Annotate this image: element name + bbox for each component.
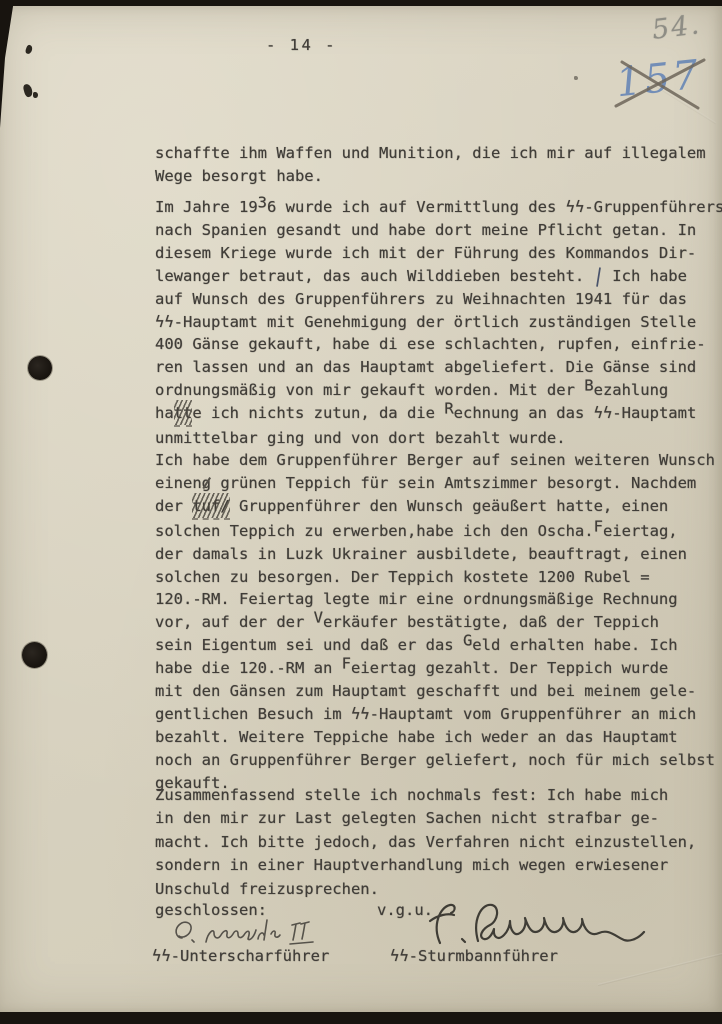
text-line: mit den Gänsen zum Hauptamt geschafft un… (155, 680, 722, 703)
para-weapons: schaffte ihm Waffen und Munition, die ic… (155, 142, 722, 188)
text-line: unmittelbar ging und von dort bezahlt wu… (155, 427, 722, 450)
text-line: lewanger betraut, das auch Wilddieben be… (155, 265, 722, 288)
rank-right: ϟϟ-Sturmbannführer (390, 947, 558, 965)
para-summary: Zusammenfassend stelle ich nochmals fest… (155, 784, 722, 901)
handwritten-crossed-number: 157 (614, 52, 704, 107)
text-line: eineng grünen Teppich für sein Amtszimme… (155, 472, 722, 495)
text-line: 400 Gänse gekauft, habe di ese schlachte… (155, 333, 722, 356)
mark-sup: B (584, 375, 593, 398)
para-carpet: Ich habe dem Gruppenführer Berger auf se… (155, 449, 722, 795)
text-line: hatte ich nichts zutun, da die Rechnung … (155, 402, 722, 427)
text-line: habe die 120.-RM an Feiertag gezahlt. De… (155, 657, 722, 680)
text-line: Zusammenfassend stelle ich nochmals fest… (155, 784, 722, 807)
document-scan: - 14 - 54. 157 schaffte ihm Waffen und M… (0, 0, 722, 1024)
text-line: ordnungsmäßig von mir gekauft worden. Mi… (155, 379, 722, 402)
text-line: der tuf/ Gruppenführer den Wunsch geäuße… (155, 495, 722, 520)
text-line: diesem Kriege wurde ich mit der Führung … (155, 242, 722, 265)
text-line: ren lassen und an das Hauptamt abgeliefe… (155, 356, 722, 379)
punch-hole-bottom (22, 642, 47, 668)
text-line: Unschuld freizusprechen. (155, 878, 722, 901)
closing-row: geschlossen: v.g.u. (0, 901, 722, 924)
text-line: nach Spanien gesandt und habe dort meine… (155, 219, 722, 242)
mark-sup: R (444, 398, 453, 421)
mark-pen: ∣ (591, 261, 605, 291)
vgu-abbreviation: v.g.u. (377, 901, 433, 919)
text-line: noch an Gruppenführer Berger geliefert, … (155, 749, 722, 772)
mark-sup: 3 (258, 192, 267, 215)
para-spain-geese: Im Jahre 1936 wurde ich auf Vermittlung … (155, 196, 722, 450)
ink-speck (574, 76, 578, 80)
text-line: vor, auf der der Verkäufer bestätigte, d… (155, 611, 722, 634)
text-line: der damals in Luzk Ukrainer ausbildete, … (155, 543, 722, 566)
mark-sup: G (463, 630, 472, 653)
handwritten-page-number: 54. (650, 9, 702, 46)
text-line: 120.-RM. Feiertag legte mir eine ordnung… (155, 588, 722, 611)
text-line: schaffte ihm Waffen und Munition, die ic… (155, 142, 722, 165)
mark-xout: tt (174, 402, 193, 427)
punch-hole-top (28, 356, 52, 380)
text-line: solchen zu besorgen. Der Teppich kostete… (155, 566, 722, 589)
text-line: sein Eigentum sei und daß er das Geld er… (155, 634, 722, 657)
text-line: auf Wunsch des Gruppenführers zu Weihnac… (155, 288, 722, 311)
page-number: - 14 - (266, 36, 337, 54)
text-line: Wege besorgt habe. (155, 165, 722, 188)
text-line: sondern in einer Hauptverhandlung mich w… (155, 854, 722, 877)
text-line: bezahlt. Weitere Teppiche habe ich weder… (155, 726, 722, 749)
text-line: ϟϟ-Hauptamt mit Genehmigung der örtlich … (155, 311, 722, 334)
text-line: in den mir zur Last gelegten Sachen nich… (155, 807, 722, 830)
mark-sup: F (342, 653, 351, 676)
text-line: gentlichen Besuch im ϟϟ-Hauptamt vom Gru… (155, 703, 722, 726)
ink-speck (33, 92, 38, 98)
mark-sup: F (594, 515, 603, 538)
mark-sup: V (314, 607, 323, 630)
text-line: Im Jahre 1936 wurde ich auf Vermittlung … (155, 196, 722, 219)
mark-strike: g (202, 472, 211, 495)
text-line: macht. Ich bitte jedoch, das Verfahren n… (155, 831, 722, 854)
mark-xout: tuf/ (192, 495, 229, 520)
rank-left: ϟϟ-Unterscharführer (152, 947, 329, 965)
text-line: solchen Teppich zu erwerben,habe ich den… (155, 520, 722, 543)
text-line: Ich habe dem Gruppenführer Berger auf se… (155, 449, 722, 472)
closing-word: geschlossen: (155, 901, 267, 919)
